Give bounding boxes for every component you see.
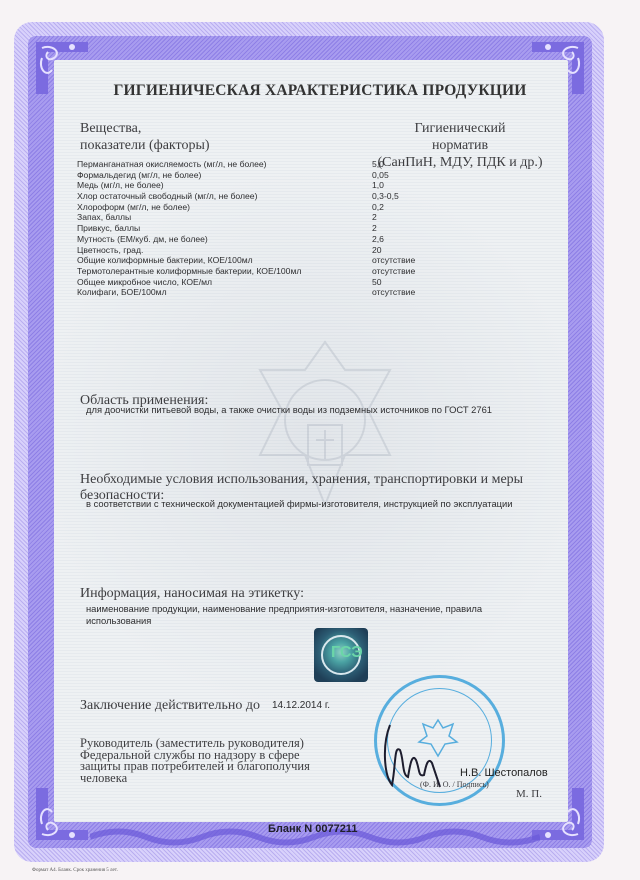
label-info-body-line2: использования <box>86 615 151 627</box>
norm-value: отсутствие <box>372 287 517 298</box>
signature-icon <box>380 715 450 790</box>
substance-name: Хлороформ (мг/л, не более) <box>77 202 372 213</box>
substance-name: Мутность (ЕМ/куб. дм, не более) <box>77 234 372 245</box>
substance-name: Общие колиформные бактерии, КОЕ/100мл <box>77 255 372 266</box>
table-row: Общее микробное число, КОЕ/мл50 <box>77 277 517 288</box>
document-title: ГИГИЕНИЧЕСКАЯ ХАРАКТЕРИСТИКА ПРОДУКЦИИ <box>0 82 640 100</box>
table-row: Термотолерантные колиформные бактерии, К… <box>77 266 517 277</box>
label-info-body-line1: наименование продукции, наименование пре… <box>86 603 482 615</box>
hygiene-norms-table: Перманганатная окисляемость (мг/л, не бо… <box>77 159 517 298</box>
norm-value: 2,6 <box>372 234 517 245</box>
certificate-page: ГИГИЕНИЧЕСКАЯ ХАРАКТЕРИСТИКА ПРОДУКЦИИ В… <box>0 0 640 880</box>
header-right-line: Гигиенический <box>360 120 560 137</box>
substance-name: Перманганатная окисляемость (мг/л, не бо… <box>77 159 372 170</box>
substance-name: Колифаги, БОЕ/100мл <box>77 287 372 298</box>
substance-name: Общее микробное число, КОЕ/мл <box>77 277 372 288</box>
norm-value: 50 <box>372 277 517 288</box>
validity-date: 14.12.2014 г. <box>272 700 330 712</box>
footer-note: Формат А4. Бланк. Срок хранения 5 лет. <box>32 868 118 873</box>
column-header-substances: Вещества, показатели (факторы) <box>80 120 210 154</box>
header-left-line: Вещества, <box>80 120 210 137</box>
header-right-line: норматив <box>360 137 560 154</box>
table-row: Мутность (ЕМ/куб. дм, не более)2,6 <box>77 234 517 245</box>
substance-name: Запах, баллы <box>77 212 372 223</box>
norm-value: отсутствие <box>372 255 517 266</box>
ornament-corner-icon <box>32 784 92 844</box>
substance-name: Медь (мг/л, не более) <box>77 180 372 191</box>
norm-value: 5,0 <box>372 159 517 170</box>
blank-number: Бланк N 0077211 <box>268 823 357 835</box>
substance-name: Цветность, град. <box>77 245 372 256</box>
scope-body: для доочистки питьевой воды, а также очи… <box>86 404 492 416</box>
norm-value: 1,0 <box>372 180 517 191</box>
seal-place-label: М. П. <box>516 788 542 800</box>
norm-value: 20 <box>372 245 517 256</box>
table-row: Хлороформ (мг/л, не более)0,2 <box>77 202 517 213</box>
norm-value: 0,2 <box>372 202 517 213</box>
norm-value: 2 <box>372 212 517 223</box>
substance-name: Привкус, баллы <box>77 223 372 234</box>
table-row: Привкус, баллы2 <box>77 223 517 234</box>
table-row: Формальдегид (мг/л, не более)0,05 <box>77 170 517 181</box>
table-row: Цветность, град.20 <box>77 245 517 256</box>
conditions-title-line1: Необходимые условия использования, хране… <box>80 472 523 488</box>
conditions-body: в соответствии с технической документаци… <box>86 498 513 510</box>
table-row: Колифаги, БОЕ/100млотсутствие <box>77 287 517 298</box>
validity-label: Заключение действительно до <box>80 698 260 714</box>
position-line: человека <box>80 773 310 785</box>
norm-value: 0,3-0,5 <box>372 191 517 202</box>
table-row: Перманганатная окисляемость (мг/л, не бо… <box>77 159 517 170</box>
signatory-position: Руководитель (заместитель руководителя) … <box>80 738 310 784</box>
table-row: Общие колиформные бактерии, КОЕ/100млотс… <box>77 255 517 266</box>
signatory-name: Н.В. Шестопалов <box>460 767 548 779</box>
table-row: Запах, баллы2 <box>77 212 517 223</box>
substance-name: Формальдегид (мг/л, не более) <box>77 170 372 181</box>
hologram-mark: ГСЭ <box>331 644 363 662</box>
signature-caption: (Ф. И. О. / Подпись) <box>420 780 489 789</box>
label-info-title: Информация, наносимая на этикетку: <box>80 586 304 602</box>
header-left-line: показатели (факторы) <box>80 137 210 154</box>
norm-value: 2 <box>372 223 517 234</box>
norm-value: 0,05 <box>372 170 517 181</box>
table-row: Хлор остаточный свободный (мг/л, не боле… <box>77 191 517 202</box>
norm-value: отсутствие <box>372 266 517 277</box>
table-row: Медь (мг/л, не более)1,0 <box>77 180 517 191</box>
substance-name: Термотолерантные колиформные бактерии, К… <box>77 266 372 277</box>
substance-name: Хлор остаточный свободный (мг/л, не боле… <box>77 191 372 202</box>
hologram-seal-icon: ГСЭ <box>314 628 368 682</box>
